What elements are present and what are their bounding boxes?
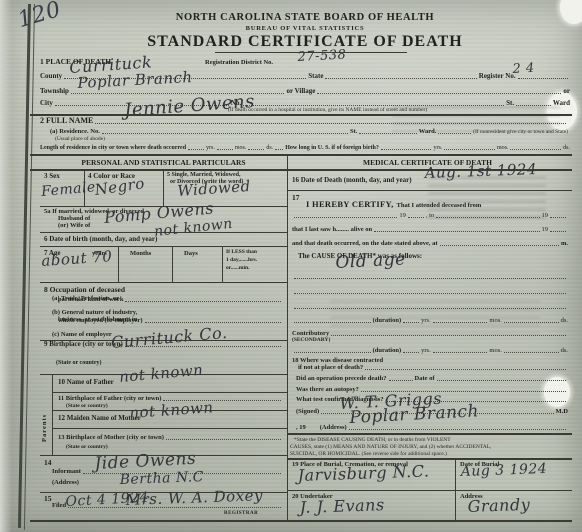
registration-district-label: Registration District No.: [205, 59, 273, 66]
dotted-leader: [403, 320, 419, 323]
informant-address-value: Bertha N.C: [119, 469, 204, 488]
undertaker-value: J. J. Evans: [299, 495, 385, 517]
dotted-leader: [331, 333, 566, 336]
dotted-leader: [504, 350, 559, 353]
residence-label: (a) Residence. No.: [50, 128, 100, 135]
husband-of-label: Husband of: [58, 215, 90, 222]
county-label: County: [40, 72, 62, 80]
ds-label: ds.: [561, 317, 568, 324]
duration-row-2: (duration) yrs. mos. ds.: [292, 347, 568, 354]
register-no-label: Register No.: [479, 72, 516, 80]
parents-label: Parents: [41, 392, 48, 442]
township-label: Township: [40, 87, 69, 95]
left-edge-strip: [0, 0, 12, 532]
age-value: about 70: [41, 247, 113, 270]
mos-label: mos.: [235, 145, 247, 151]
mother-birthplace-sublabel: (State or country): [66, 444, 108, 450]
blank-dotted-row: [292, 276, 568, 280]
undertaker-address-value: Grandy: [467, 495, 530, 516]
death-date-label: 16 Date of Death (month, day, and year): [292, 176, 412, 184]
dotted-leader: [166, 437, 281, 440]
row-rule: [40, 246, 287, 247]
register-no-value: 2 4: [512, 61, 535, 77]
dotted-leader: [317, 91, 561, 94]
yrs-label: yrs.: [206, 145, 215, 151]
occupation-trade-label-2: particular kind of work: [58, 296, 123, 303]
full-name-row: 2 FULL NAME: [40, 116, 568, 125]
mos-label: mos.: [497, 145, 509, 151]
dotted-leader: [294, 320, 371, 323]
row-rule: [287, 433, 572, 435]
dotted-leader: [444, 147, 495, 150]
burial-top-rule: [287, 458, 572, 460]
certificate-title: STANDARD CERTIFICATE OF DEATH: [40, 33, 570, 51]
dotted-leader: [102, 131, 348, 134]
informant-address-label: (Address): [52, 479, 79, 486]
certify-rest-label: That I attended deceased from: [397, 202, 482, 209]
dotted-leader: [325, 76, 476, 79]
yrs-label: yrs.: [433, 145, 442, 151]
death-certificate-scan: 120 NORTH CAROLINA STATE BOARD OF HEALTH…: [0, 0, 582, 532]
last-saw-label: that I last saw h........ alive on: [292, 226, 372, 233]
mos-label: mos.: [489, 317, 501, 324]
dotted-leader: [518, 76, 568, 79]
length-of-residence-row: Length of residence in city or town wher…: [40, 145, 570, 151]
dotted-leader: [550, 215, 566, 218]
father-birthplace-label: 11 Birthplace of Father (city or town): [58, 395, 161, 402]
nineteen-label: 19: [399, 212, 406, 219]
occupation-industry-label-3: which employed (or employer): [58, 317, 143, 324]
dotted-leader: [125, 299, 281, 302]
blank-dotted-row: [292, 291, 568, 295]
footnote-line-2: CAUSES, state (1) MEANS AND NATURE OF IN…: [290, 444, 570, 450]
death-occurred-label: and that death occurred, on the date sta…: [292, 240, 438, 247]
dotted-leader: [188, 147, 204, 150]
secondary-label: (SECONDARY): [292, 337, 330, 343]
certify-row: I HEREBY CERTIFY, That I attended deceas…: [306, 199, 568, 209]
birthplace-sublabel: (State or country): [56, 360, 102, 366]
sex-value: Female: [41, 179, 97, 200]
dotted-leader: [294, 350, 371, 353]
cell-divider: [163, 170, 164, 206]
occupation-label: 8 Occupation of deceased: [44, 285, 125, 294]
dotted-leader: [359, 131, 416, 134]
ward-label: Ward: [553, 99, 570, 107]
age-less-label-3: or......min.: [226, 265, 249, 271]
dotted-leader: [437, 378, 566, 381]
dotted-leader: [145, 320, 281, 323]
birth-date-label: 6 Date of birth (month, day, and year): [44, 235, 157, 243]
operation-row: Did an operation precede death? Date of: [296, 375, 568, 382]
duration-row: (duration) yrs. mos. ds.: [292, 317, 568, 324]
foreign-birth-label: How long in U. S. if of foreign birth?: [285, 145, 379, 151]
length-label: Length of residence in city or town wher…: [40, 145, 186, 151]
full-name-label: 2 FULL NAME: [40, 116, 93, 125]
cause-of-death-value: Old age: [335, 249, 406, 273]
contracted-label-1: 18 Where was disease contracted: [292, 357, 383, 364]
dotted-leader: [308, 428, 318, 430]
row-rule: [52, 428, 287, 429]
ds-label: ds.: [266, 145, 273, 151]
burial-date-value: Aug 3 1924: [460, 461, 547, 480]
last-saw-row: that I last saw h........ alive on 19: [292, 226, 568, 233]
dotted-leader: [436, 215, 539, 218]
age-months-label: Months: [130, 250, 151, 257]
hospital-note: (If death occurred in a hospital or inst…: [228, 107, 573, 113]
dotted-leader: [294, 306, 566, 309]
mother-name-label: 12 Maiden Name of Mother: [58, 414, 141, 422]
yrs-label: yrs.: [421, 317, 431, 324]
dotted-leader: [275, 147, 283, 150]
cell-divider: [172, 246, 173, 282]
occupation-industry-row: which employed (or employer): [58, 317, 283, 324]
signed-label: (Signed): [296, 408, 319, 415]
marital-label-1: 5 Single, Married, Widowed,: [167, 172, 240, 178]
registration-district-value: 27-538: [297, 47, 346, 65]
column-divider: [287, 155, 288, 520]
dotted-leader: [510, 147, 561, 150]
age-days-label: Days: [184, 250, 198, 257]
dotted-leader: [294, 276, 566, 279]
father-name-label: 10 Name of Father: [58, 378, 114, 386]
parents-divider: [52, 374, 53, 455]
dotted-leader: [433, 320, 488, 323]
ds-label: ds.: [563, 145, 570, 151]
registrar-label: REGISTRAR: [224, 511, 258, 516]
burial-cell-divider: [455, 458, 456, 520]
state-label: State: [308, 72, 323, 80]
st-label: St.: [506, 99, 514, 107]
father-birthplace-sublabel: (State or country): [66, 403, 108, 409]
nineteen-label: 19: [542, 212, 549, 219]
md-label: M.D: [556, 408, 568, 415]
certify-dates-row: 19 , to 19: [292, 212, 568, 219]
operation-label: Did an operation precede death?: [296, 375, 387, 382]
dotted-leader: [389, 378, 413, 381]
contracted-label-2: if not at place of death?: [298, 364, 363, 371]
dotted-leader: [349, 427, 566, 430]
or-suffix-label: or: [563, 87, 570, 95]
row-rule: [287, 190, 572, 191]
informant-number: 14: [44, 458, 52, 467]
burial-value: Jarvisburg N.C.: [297, 461, 429, 485]
dotted-leader: [95, 121, 566, 124]
dotted-leader: [248, 147, 264, 150]
wife-of-label: (or) Wife of: [58, 222, 90, 229]
informant-label: Informant: [52, 468, 81, 475]
mos-label: mos.: [489, 347, 501, 354]
filed-label: Filed: [52, 502, 66, 509]
marital-value: Widowed: [177, 177, 251, 200]
dotted-leader: [438, 131, 471, 134]
nineteen-label: 19: [542, 226, 549, 233]
autopsy-label: Was there an autopsy?: [296, 386, 359, 393]
dotted-leader: [504, 320, 559, 323]
residence-ward-label: Ward.: [419, 128, 437, 135]
yrs-label: yrs.: [421, 347, 431, 354]
death-occurred-row: and that death occurred, on the date sta…: [292, 240, 568, 247]
blank-dotted-row: [292, 306, 568, 310]
occupation-industry-label: (b) General nature of industry,: [52, 309, 137, 316]
sex-label: 3 Sex: [44, 172, 60, 180]
dotted-leader: [365, 367, 566, 370]
footnote-line-1: *State the DISEASE CAUSING DEATH, or in …: [294, 437, 568, 443]
city-row: City No. St. Ward: [40, 99, 570, 107]
dotted-leader: [403, 350, 419, 353]
contributory-label: Contributory: [292, 330, 329, 337]
age-less-label-2: 1 day,......hrs.: [226, 257, 257, 263]
row-rule: [40, 282, 287, 283]
certify-bold-label: I HEREBY CERTIFY,: [306, 199, 394, 209]
footnote-line-3: SUICIDAL, OR HOMICIDAL. (See reverse sid…: [290, 451, 570, 457]
residence-row: (a) Residence. No. St. Ward. (If nonresi…: [50, 128, 568, 135]
dotted-leader: [440, 243, 559, 246]
abode-sublabel: (Usual place of abode): [55, 136, 105, 142]
physician-address-label: (Address): [320, 424, 347, 431]
row-rule: [52, 392, 287, 393]
contributory-row: Contributory: [292, 330, 568, 337]
personal-column-title: PERSONAL AND STATISTICAL PARTICULARS: [40, 158, 287, 167]
city-label: City: [40, 99, 53, 107]
contracted-row: if not at place of death?: [298, 364, 568, 371]
cell-divider: [222, 246, 223, 282]
ds-label: ds.: [561, 347, 568, 354]
mother-birthplace-label: 13 Birthplace of Mother (city or town): [58, 434, 164, 441]
dotted-leader: [381, 147, 432, 150]
filed-number: 15: [44, 494, 52, 503]
dotted-leader: [294, 215, 397, 218]
to-label: , to: [426, 212, 434, 219]
village-label: or Village: [286, 87, 315, 95]
row-rule: [287, 490, 572, 491]
age-less-label-1: If LESS than: [226, 249, 257, 255]
residence-st-label: St.: [350, 128, 357, 135]
occupation-trade-row: particular kind of work: [58, 296, 283, 303]
columns-top-rule: [30, 154, 572, 156]
duration-label: (duration): [373, 347, 402, 354]
occupation-employer-label: (c) Name of employer: [52, 331, 112, 338]
duration-label: (duration): [373, 317, 402, 324]
dotted-leader: [243, 103, 504, 106]
signed-year-label: , 19: [296, 424, 306, 431]
m-label: m.: [561, 240, 568, 247]
cell-divider: [118, 246, 119, 282]
nonresident-note: (If nonresident give city or town and St…: [473, 129, 568, 135]
board-title: NORTH CAROLINA STATE BOARD OF HEALTH: [40, 12, 570, 23]
bottom-rule: [30, 520, 572, 522]
mother-birthplace-row: 13 Birthplace of Mother (city or town): [58, 434, 283, 441]
dotted-leader: [294, 291, 566, 294]
father-name-value: not known: [118, 361, 204, 386]
dotted-leader: [217, 147, 233, 150]
dotted-leader: [374, 229, 539, 232]
dotted-leader: [516, 103, 551, 106]
physician-address-row: , 19 (Address): [296, 424, 568, 431]
date-of-label: Date of: [415, 375, 435, 382]
dotted-leader: [408, 215, 424, 218]
dotted-leader: [433, 350, 488, 353]
dotted-leader: [550, 229, 566, 232]
certify-number: 17: [292, 193, 300, 202]
bureau-subtitle: BUREAU OF VITAL STATISTICS: [40, 25, 570, 32]
